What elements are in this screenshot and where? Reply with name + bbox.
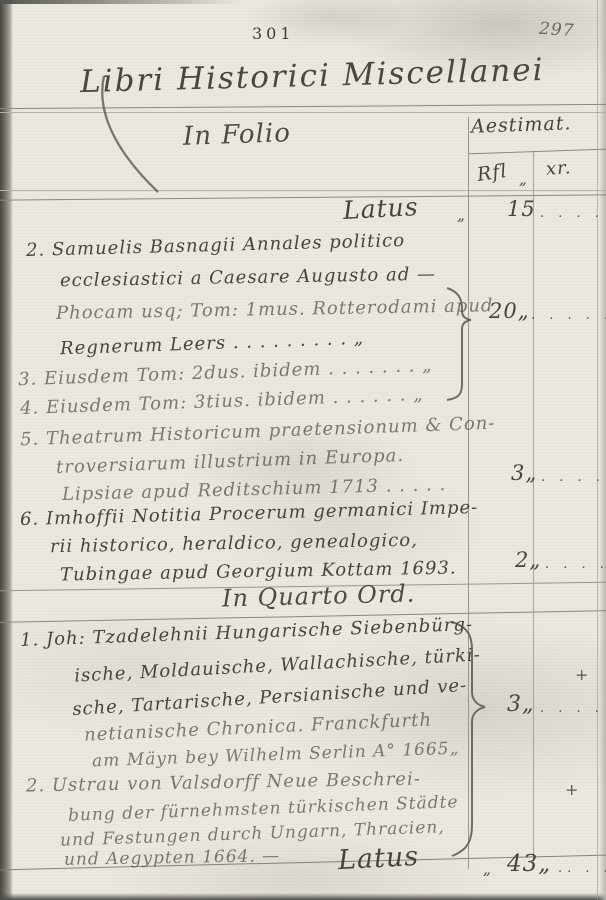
entry-line: 4. Eiusdem Tom: 3tius. ibidem . . . . . … <box>20 384 424 419</box>
page-title: Libri Historici Miscellanei <box>80 52 545 100</box>
page-edge-top <box>0 0 606 4</box>
printed-page-number: 301 <box>252 24 295 43</box>
ruled-line <box>0 112 606 113</box>
entry-value-florins: 3„ <box>507 692 534 717</box>
leader-dots: . . . . . <box>541 470 606 485</box>
column-line <box>468 117 469 869</box>
entry-value-florins: 3„ <box>511 461 537 485</box>
section-heading-quarto: In Quarto Ord. <box>222 579 416 612</box>
entry-line: Regnerum Leers . . . . . . . . . „ <box>60 328 365 360</box>
entry-value-florins: 2„ <box>515 548 541 572</box>
leader-dots: . . . . <box>540 701 604 716</box>
leader-dots: . . . . . . <box>531 308 606 323</box>
entry-line: und Aegypten 1664. — <box>64 846 281 870</box>
page-edge-bottom <box>0 893 606 900</box>
manuscript-page: 301 297 Libri Historici Miscellanei In F… <box>0 0 606 900</box>
ruled-line <box>0 190 606 191</box>
page-edge-right <box>599 0 606 900</box>
currency-column-florin: Rfl <box>476 160 509 186</box>
aestimat-header: Aestimat. <box>471 112 572 137</box>
plus-mark: + <box>575 665 589 684</box>
leader-dots: . . . . . . <box>540 206 606 221</box>
entry-line: troversiarum illustrium in Europa. <box>56 445 405 478</box>
leader-dots: . . . . <box>545 557 606 572</box>
ruled-line <box>468 149 606 155</box>
entry-line: am Mäyn bey Wilhelm Serlin A° 1665„ <box>92 739 460 772</box>
ditto-mark: „ <box>457 206 466 224</box>
currency-column-kreuzer: xr. <box>545 157 572 180</box>
entry-line: rii historico, heraldico, genealogico, <box>50 530 418 557</box>
column-line <box>533 152 534 869</box>
entry-line: 2. Samuelis Basnagii Annales politico <box>26 230 406 261</box>
latus-value-top: 15 <box>507 197 536 221</box>
latus-label-bottom: Latus <box>337 841 420 876</box>
section-heading-folio: In Folio <box>183 118 292 152</box>
folio-number: 297 <box>538 19 575 41</box>
plus-mark: + <box>565 780 579 799</box>
column-line <box>597 0 598 900</box>
entry-line: ecclesiastici a Caesare Augusto ad — <box>60 264 436 292</box>
binding-edge <box>0 0 13 900</box>
latus-label-top: Latus <box>342 192 419 225</box>
latus-value-bottom: 43„ <box>507 851 551 877</box>
ditto-mark: „ <box>483 860 492 878</box>
entry-line: 5. Theatrum Historicum praetensionum & C… <box>20 413 496 451</box>
entry-line: 2. Ustrau von Valsdorff Neue Beschrei- <box>26 769 421 797</box>
ruled-line <box>0 104 606 109</box>
leader-dots: .. . . <box>558 861 606 876</box>
column-separator-mark: „ <box>519 170 528 188</box>
entry-line: Phocam usq; Tom: 1mus. Rotterodami apud <box>56 295 494 324</box>
entry-value-florins: 20„ <box>489 299 530 323</box>
